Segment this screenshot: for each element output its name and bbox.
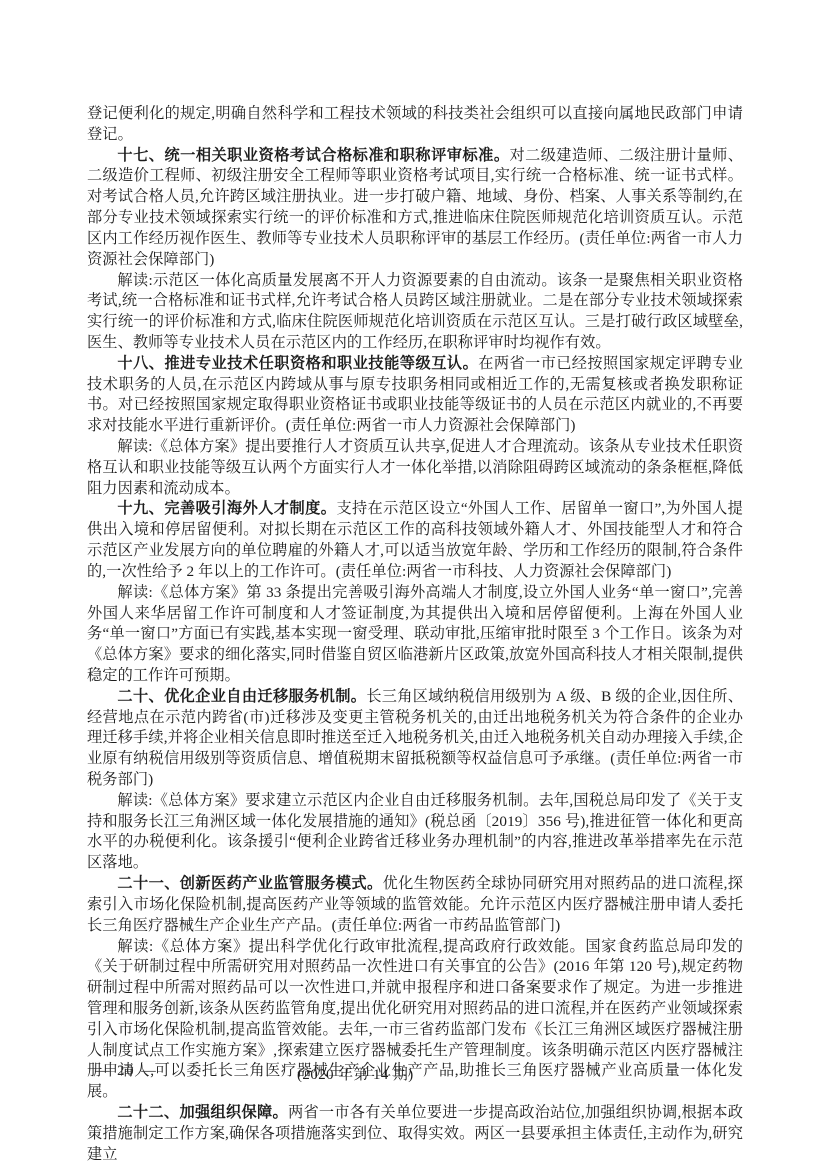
document-page: 登记便利化的规定,明确自然科学和工程技术领域的科技类社会组织可以直接向属地民政部… xyxy=(0,0,827,1170)
section-heading: 十七、统一相关职业资格考试合格标准和职称评审标准。 xyxy=(117,147,509,164)
section-heading: 二十一、创新医药产业监管服务模式。 xyxy=(117,875,382,892)
paragraph-text: 登记便利化的规定,明确自然科学和工程技术领域的科技类社会组织可以直接向属地民政部… xyxy=(87,105,743,143)
interpretation-paragraph: 解读:《总体方案》第 33 条提出完善吸引海外高端人才制度,设立外国人业务“单一… xyxy=(87,583,743,687)
interpretation-paragraph: 解读:《总体方案》提出要推行人才资质互认共享,促进人才合理流动。该条从专业技术任… xyxy=(87,437,743,499)
continuation-paragraph: 登记便利化的规定,明确自然科学和工程技术领域的科技类社会组织可以直接向属地民政部… xyxy=(87,104,743,146)
section-paragraph: 二十一、创新医药产业监管服务模式。优化生物医药全球协同研究用对照药品的进口流程,… xyxy=(87,874,743,936)
section-paragraph: 十七、统一相关职业资格考试合格标准和职称评审标准。对二级建造师、二级注册计量师、… xyxy=(87,146,743,271)
interpretation-paragraph: 解读:《总体方案》提出科学优化行政审批流程,提高政府行政效能。国家食药监总局印发… xyxy=(87,937,743,1104)
paragraph-text: 解读:《总体方案》提出科学优化行政审批流程,提高政府行政效能。国家食药监总局印发… xyxy=(87,938,743,1101)
paragraph-text: 解读:《总体方案》第 33 条提出完善吸引海外高端人才制度,设立外国人业务“单一… xyxy=(87,584,743,684)
paragraph-text: 解读:《总体方案》提出要推行人才资质互认共享,促进人才合理流动。该条从专业技术任… xyxy=(87,438,743,497)
interpretation-paragraph: 解读:示范区一体化高质量发展离不开人力资源要素的自由流动。该条一是聚焦相关职业资… xyxy=(87,271,743,354)
document-text: 登记便利化的规定,明确自然科学和工程技术领域的科技类社会组织可以直接向属地民政部… xyxy=(87,104,743,1165)
section-paragraph: 十九、完善吸引海外人才制度。支持在示范区设立“外国人工作、居留单一窗口”,为外国… xyxy=(87,499,743,582)
section-paragraph: 二十二、加强组织保障。两省一市各有关单位要进一步提高政治站位,加强组织协调,根据… xyxy=(87,1103,743,1165)
section-heading: 十八、推进专业技术任职资格和职业技能等级互认。 xyxy=(117,355,478,372)
section-paragraph: 十八、推进专业技术任职资格和职业技能等级互认。在两省一市已经按照国家规定评聘专业… xyxy=(87,354,743,437)
paragraph-text: 解读:示范区一体化高质量发展离不开人力资源要素的自由流动。该条一是聚焦相关职业资… xyxy=(87,272,743,351)
paragraph-text: 解读:《总体方案》要求建立示范区内企业自由迁移服务机制。去年,国税总局印发了《关… xyxy=(87,792,743,871)
section-heading: 二十二、加强组织保障。 xyxy=(117,1104,288,1121)
footer-page-number: — 20 — xyxy=(95,1063,158,1080)
section-heading: 二十、优化企业自由迁移服务机制。 xyxy=(117,688,366,705)
interpretation-paragraph: 解读:《总体方案》要求建立示范区内企业自由迁移服务机制。去年,国税总局印发了《关… xyxy=(87,791,743,874)
section-heading: 十九、完善吸引海外人才制度。 xyxy=(117,500,336,517)
section-paragraph: 二十、优化企业自由迁移服务机制。长三角区域纳税信用级别为 A 级、B 级的企业,… xyxy=(87,687,743,791)
paragraph-text: 对二级建造师、二级注册计量师、二级造价工程师、初级注册安全工程师等职业资格考试项… xyxy=(87,147,743,268)
footer-issue-label: (2020 年第 14 期) xyxy=(297,1063,414,1084)
